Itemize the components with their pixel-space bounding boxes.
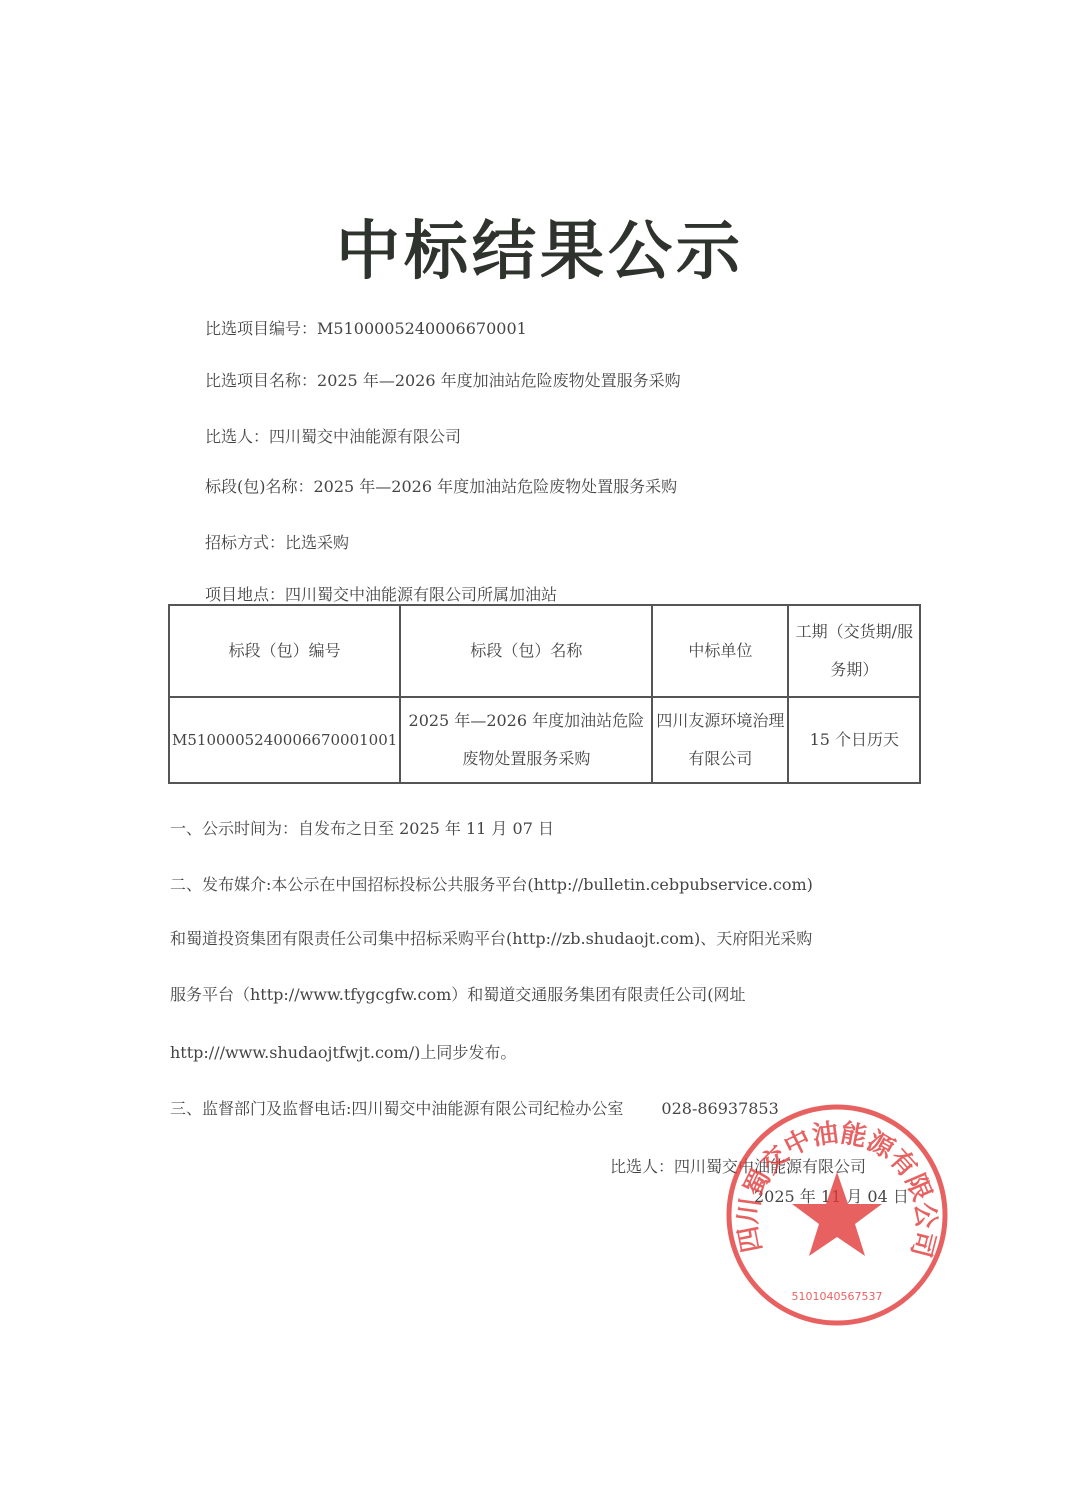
svg-text:5101040567537: 5101040567537 (792, 1290, 883, 1303)
section-publicity-period: 一、公示时间为：自发布之日至 2025 年 11 月 07 日 (170, 816, 554, 839)
result-table: 标段（包）编号 标段（包）名称 中标单位 工期（交货期/服务期） M510000… (168, 604, 921, 784)
document-title: 中标结果公示 (0, 200, 1080, 292)
table-row: M5100005240006670001001 2025 年—2026 年度加油… (169, 697, 920, 783)
cell-winner: 四川友源环境治理有限公司 (652, 697, 788, 783)
section-media-line4: http:///www.shudaojtfwjt.com/)上同步发布。 (170, 1040, 516, 1063)
cell-lot-name: 2025 年—2026 年度加油站危险废物处置服务采购 (400, 697, 652, 783)
field-selector: 比选人：四川蜀交中油能源有限公司 (205, 424, 461, 447)
field-project-number: 比选项目编号：M5100005240006670001 (205, 316, 527, 339)
header-duration: 工期（交货期/服务期） (788, 605, 920, 697)
official-seal-icon: 四川蜀交中油能源有限公司 5101040567537 (722, 1100, 952, 1330)
field-location: 项目地点：四川蜀交中油能源有限公司所属加油站 (205, 582, 557, 605)
field-project-name: 比选项目名称：2025 年—2026 年度加油站危险废物处置服务采购 (205, 368, 681, 391)
table-header-row: 标段（包）编号 标段（包）名称 中标单位 工期（交货期/服务期） (169, 605, 920, 697)
header-lot-name: 标段（包）名称 (400, 605, 652, 697)
section-media-line2: 和蜀道投资集团有限责任公司集中招标采购平台(http://zb.shudaojt… (170, 926, 812, 949)
section-media-line3: 服务平台（http://www.tfygcgfw.com）和蜀道交通服务集团有限… (170, 982, 746, 1005)
section-supervision: 三、监督部门及监督电话:四川蜀交中油能源有限公司纪检办公室028-8693785… (170, 1096, 779, 1119)
field-lot-name: 标段(包)名称：2025 年—2026 年度加油站危险废物处置服务采购 (205, 474, 677, 497)
section-media-line1: 二、发布媒介:本公示在中国招标投标公共服务平台(http://bulletin.… (170, 872, 813, 895)
header-winner: 中标单位 (652, 605, 788, 697)
cell-duration: 15 个日历天 (788, 697, 920, 783)
cell-lot-number: M5100005240006670001001 (169, 697, 400, 783)
field-method: 招标方式：比选采购 (205, 530, 349, 553)
header-lot-number: 标段（包）编号 (169, 605, 400, 697)
